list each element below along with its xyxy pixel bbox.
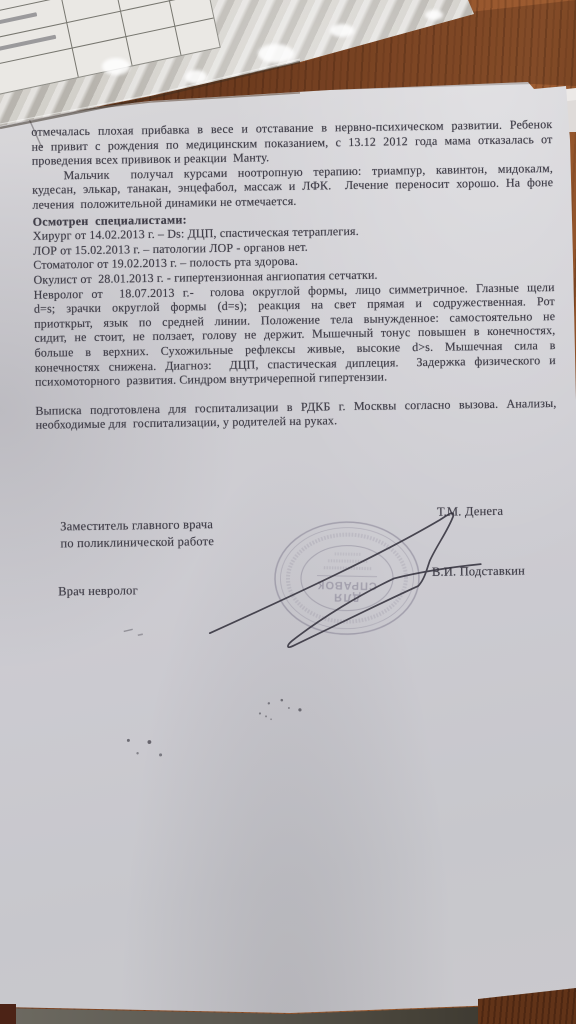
deputy-title: Заместитель главного врача по поликлинич… bbox=[60, 516, 214, 552]
stamp-center-text: СПРАВОК bbox=[317, 579, 377, 592]
round-stamp: ДЛЯ СПРАВОК bbox=[268, 514, 426, 642]
deputy-title-line2: по поликлинической работе bbox=[60, 533, 214, 552]
neurologist-name: В.И. Подставкин bbox=[432, 562, 525, 580]
neurologist-title: Врач невролог bbox=[58, 582, 138, 600]
deputy-name: Т.М. Денега bbox=[437, 503, 503, 521]
photo-of-document: отмечалась плохая прибавка в весе и отст… bbox=[0, 0, 576, 1024]
document-content: отмечалась плохая прибавка в весе и отст… bbox=[0, 0, 576, 1024]
stamp-ring-text bbox=[287, 534, 406, 623]
stamp-center-text: ДЛЯ bbox=[333, 591, 361, 604]
document-text: отмечалась плохая прибавка в весе и отст… bbox=[31, 117, 557, 433]
desk-corner bbox=[0, 1004, 16, 1024]
